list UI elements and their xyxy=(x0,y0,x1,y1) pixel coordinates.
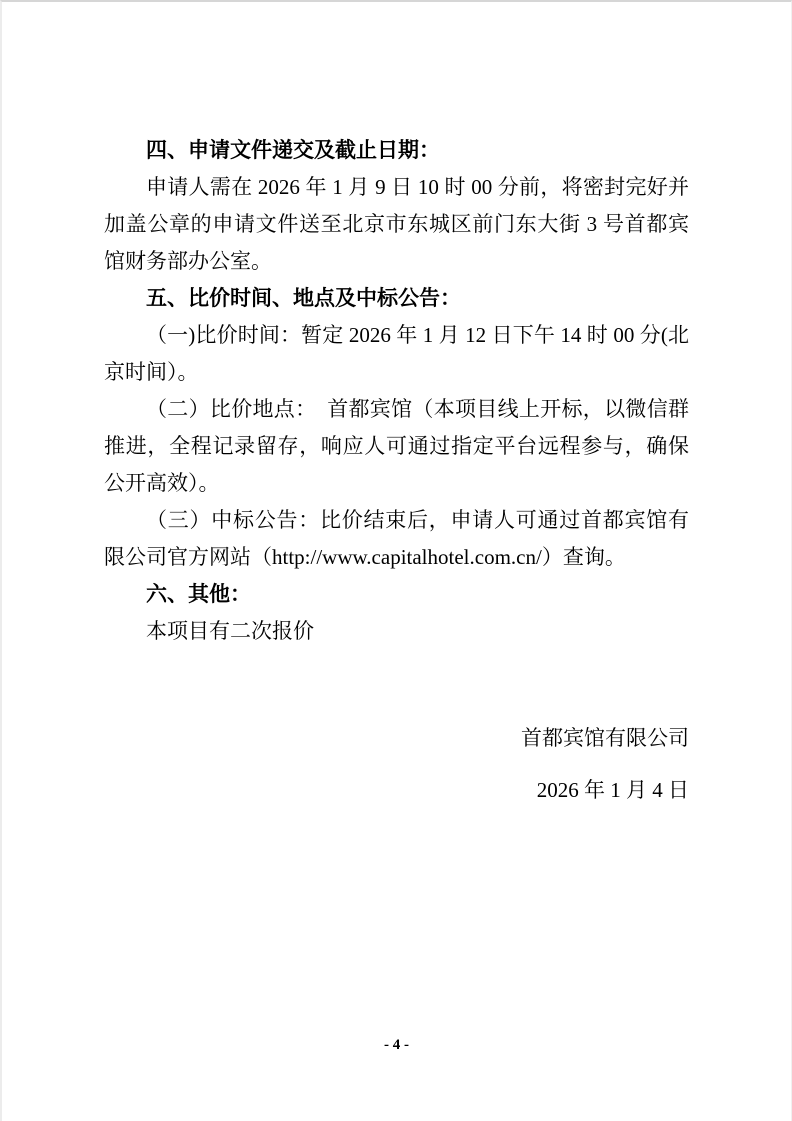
section-heading: 五、比价时间、地点及中标公告： xyxy=(104,280,689,317)
section-heading: 四、申请文件递交及截止日期： xyxy=(104,132,689,169)
section-heading: 六、其他： xyxy=(104,576,689,613)
paragraph: （二）比价地点： 首都宾馆（本项目线上开标，以微信群推进，全程记录留存，响应人可… xyxy=(104,391,689,502)
signature-company: 首都宾馆有限公司 xyxy=(104,720,689,757)
paragraph: （三）中标公告：比价结束后，申请人可通过首都宾馆有限公司官方网站（http://… xyxy=(104,502,689,576)
signature-date: 2026 年 1 月 4 日 xyxy=(104,772,689,809)
paragraph: 本项目有二次报价 xyxy=(104,613,689,650)
paragraph: （一)比价时间：暂定 2026 年 1 月 12 日下午 14 时 00 分(北… xyxy=(104,317,689,391)
page-number: - 4 - xyxy=(2,1036,791,1054)
document-page: 四、申请文件递交及截止日期：申请人需在 2026 年 1 月 9 日 10 时 … xyxy=(0,0,792,1121)
document-body: 四、申请文件递交及截止日期：申请人需在 2026 年 1 月 9 日 10 时 … xyxy=(104,132,689,809)
paragraph: 申请人需在 2026 年 1 月 9 日 10 时 00 分前，将密封完好并加盖… xyxy=(104,169,689,280)
